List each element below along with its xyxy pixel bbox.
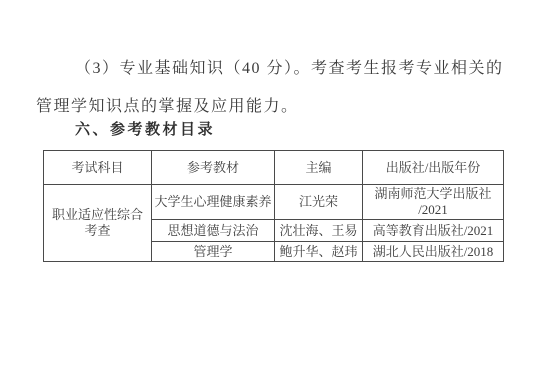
textbook-cell: 思想道德与法治: [152, 220, 275, 242]
reference-textbook-table: 考试科目 参考教材 主编 出版社/出版年份 职业适应性综合考查 大学生心理健康素…: [43, 150, 504, 262]
table-row: 职业适应性综合考查 大学生心理健康素养 江光荣 湖南师范大学出版社 /2021: [44, 185, 504, 220]
col-header-exam-subject: 考试科目: [44, 151, 152, 185]
textbook-cell: 大学生心理健康素养: [152, 185, 275, 220]
publisher-cell: 高等教育出版社/2021: [363, 220, 504, 242]
table-header-row: 考试科目 参考教材 主编 出版社/出版年份: [44, 151, 504, 185]
section-heading-reference-textbooks: 六、参考教材目录: [75, 118, 215, 139]
editor-cell: 沈壮海、王易: [275, 220, 363, 242]
col-header-publisher-year: 出版社/出版年份: [363, 151, 504, 185]
editor-cell: 鲍升华、赵玮: [275, 242, 363, 262]
textbook-cell: 管理学: [152, 242, 275, 262]
publisher-cell: 湖南师范大学出版社 /2021: [363, 185, 504, 220]
editor-cell: 江光荣: [275, 185, 363, 220]
document-page: （3）专业基础知识（40 分）。考查考生报考专业相关的管理学知识点的掌握及应用能…: [0, 0, 543, 369]
col-header-editor: 主编: [275, 151, 363, 185]
exam-subject-cell: 职业适应性综合考查: [44, 185, 152, 262]
publisher-cell: 湖北人民出版社/2018: [363, 242, 504, 262]
paragraph-professional-basics: （3）专业基础知识（40 分）。考查考生报考专业相关的管理学知识点的掌握及应用能…: [36, 50, 520, 126]
col-header-textbook: 参考教材: [152, 151, 275, 185]
